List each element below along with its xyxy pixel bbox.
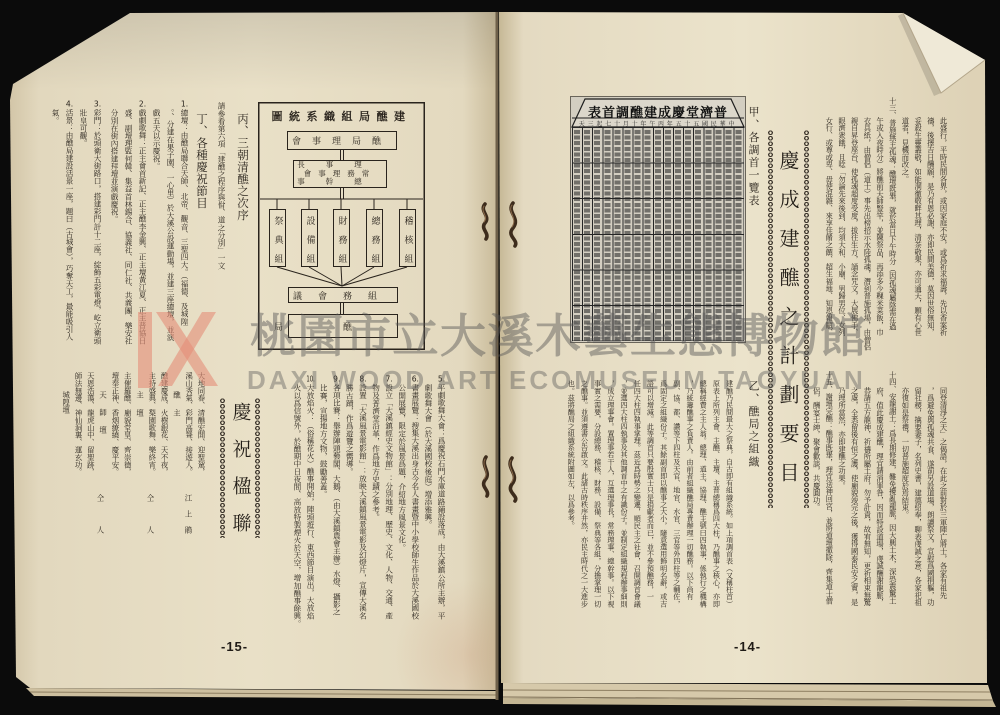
item-number: 4. (65, 100, 74, 108)
org-node-council: 醮局理事會 (287, 131, 397, 150)
org-chart-title: 建醮局組織系統圖 (258, 108, 425, 124)
list-item-9: 9.各項比賽：舉辦陣頭藝閣、大鵝、（由大溪鎮農會主辦）水燈、攝影之 (330, 375, 343, 627)
text-line: 分別在街內搭建拜壇並演戲慶祝。 (107, 100, 121, 345)
section-heading-jia: 甲、各調首一覽表 (746, 106, 760, 207)
org-node-group: 設備組 (301, 209, 318, 267)
text-line: ，成立理事會。置理事若干人，互選理事長，常務理事、總幹事。以下視 (605, 380, 618, 607)
text-line: 設置「大溪風景電影館」：放映大溪鎮風景電影及幻燈片，宣傳大溪名 (358, 384, 367, 620)
text-line: 也。茲將醮局之組織系統附圖如左，以爲參考。 (565, 380, 578, 607)
text-line: 總稱經費之主人翁。總理、道主、協理、醮主號曰四執事，係執行之機構 (697, 380, 710, 607)
text-line: 留社稷，擒要妻子，名列史書，建德紹奉，聊表虔誠之意，各家祀祖 (911, 371, 924, 606)
headmen-table-image: 普濟堂慶成建醮調首表 中華民國五十五年丙午年十月十七起三天 (571, 97, 745, 342)
org-node-label: 醮局理事會 (292, 134, 392, 147)
text-line: 任四大柱四執事掌理。茲近爲時勢之變遷，順民主之社會，召開調首會議 (631, 380, 644, 607)
text-line: 火以爲信號外，於醮期中日夜間、高放特製煙火於天空，增加醮事餘興。 (291, 375, 304, 627)
org-node-officers: 理事長 常務理事會 總幹事 (293, 160, 387, 188)
text-line: 侶，酬宴士紳，聚會歡談，共慶圓功。 (810, 371, 823, 606)
text-line: 壯皇可觀。 (76, 100, 90, 345)
item-number: 1. (180, 100, 189, 108)
left-middle-text-block: 5.平劇歌舞大會：爲慶祝石門水庫道路鋪設落成，由大溪鎮公所主辦，平 劇歌舞大會（… (291, 375, 448, 627)
org-node-meeting: 組務會議 (288, 287, 398, 303)
text-line: 普施無主孤魂：醮壇既畢，就於當日下午時分（因孤魂屬陰需在過 (889, 119, 898, 331)
text-line: 總壇：由醮局聯合天師、北帝、觀音、三聖四大。（福德、及城隍 (180, 109, 189, 326)
section-yi-text-block: 建醮乃民間最大之祭典，自古即有組織系統。如上項調首表（又稱柱首） 原表上所列主會… (565, 380, 736, 607)
text-line: 大放焰火：（俗稱花火）醮事開始，陣頭遊行、東西節目演出，大放焰 (306, 384, 315, 620)
section-heading-bing: 丙、三朝清醮之次序 (235, 100, 251, 345)
text-line: 乃理所當然，亦即建醮之功果。 (835, 371, 848, 606)
museum-logo-icon (136, 308, 220, 392)
text-line: 亦復如是祭禮，一切普施超度於焉結束。 (899, 371, 912, 606)
decorative-border-left (219, 398, 226, 538)
list-item-5: 5.平劇歌舞大會：爲慶祝石門水庫道路鋪設落成，由大溪鎮公所主辦，平 (435, 375, 448, 627)
booklet-spread-photo: 丙、三朝清醮之次序 請參看第六項「建醮之程序與佾、道之分別」一文 丁、各種慶祝節… (0, 0, 1000, 715)
watermark-text-en: DAXI WOOD ART ECOMUSEUM TAOYUAN (247, 364, 866, 396)
right-page-edge-layers (503, 683, 996, 707)
text-line: 府，值此慶成建醮，理宜請消罪咎，因而特設道場，虔誠酬謝龍脈， (873, 371, 886, 606)
text-line: 比賽，宣揚地方文物，鼓勵善蓋。 (317, 375, 330, 627)
text-line: 盛、副壇理監何韓、集益首林錫合、協義社、同仁社、共義團、樂安社 (121, 100, 135, 345)
item-number: 2. (138, 100, 147, 108)
list-item-14: 十四、安龍謝土：爲長期修建，難免擾亂龍脈，因大興土木，深恐震驚土 (886, 371, 899, 606)
text-line: 平劇歌舞大會：爲慶祝石門水庫道路鋪設落成，由大溪鎮公所主辦，平 (437, 384, 446, 620)
text-line: 原表上所列主會、主醮、主壇、主普總稱爲四大柱，乃醮事之核心，亦即 (710, 380, 723, 607)
page-number-left: -15- (221, 639, 248, 654)
item-number: 十四、 (889, 371, 898, 393)
text-line: 謝壇完醮：醮事既畢，理宜送神回宮，並將道壇撤除，齊集道士僧 (825, 393, 834, 605)
text-line: 活景：由醮局建設活景一座，題曰（古城會），巧奪天工，最能吸引人 (65, 109, 74, 341)
org-node-group: 財務組 (333, 209, 350, 267)
watermark-text-zh: 桃園市立大溪木藝生態博物館 (250, 308, 868, 364)
list-item-4: 4.活景：由醮局建設活景一座，題曰（古城會），巧奪天工，最能吸引人 (62, 100, 76, 345)
top-shading (10, 12, 497, 100)
couplet-author: 江上鵑 (182, 494, 194, 542)
text-line: 之醮事。並須遵書公告啟文。此諸古時秩序井然，亦民主時代之一大進步 (578, 380, 591, 607)
text-line: 妥殺生靈叢敬，如能洞徹敬畔其理，清茶敬果，亦可通天，願有心世 (911, 97, 924, 351)
text-line: 事實之需要，分設總務、稽核、財務、設備、祭典等各組，分擔掌理一切 (592, 380, 605, 607)
list-item-7: 7.設立「大溪鎮經史文物館」：分別地理、歷史、文化、人物、交通、產 (383, 375, 396, 627)
couplet-author: 仝人 (144, 494, 156, 558)
text-line: 語可以增減。此等調首只要殷實士只是捐獻者而已，並不參預醮務，一 (644, 380, 657, 607)
text-line: 安龍謝土：爲長期修建，難免擾亂龍脈，因大興土木，深恐震驚土 (889, 393, 898, 605)
text-line: 物及普濟堂沿革，作爲地方史蹟之參考。 (369, 375, 382, 627)
text-line: 書畫展覽：搜集大溪出身古今名人書畫暨中小學校師生作品於大溪國校 (411, 384, 420, 620)
text-line: 副、協、都、讚等下四柱及天官、地官、水官、三官等外四柱等之輔佐， (671, 380, 684, 607)
list-item-10: 10.大放焰火：（俗稱花火）醮事開始，陣頭遊行、東西節目演出，大放焰 (304, 375, 317, 627)
couplet-label: 天師壇 (96, 372, 108, 476)
right-bottom-text-block: 同登清淨之天」之偈語，在此之前對於三軍陣亡將士，各家有祖先 ，爲避免與孤魂共食、… (810, 371, 950, 606)
text-line: 道者，見機而改之。 (899, 97, 912, 351)
list-item-6: 6.書畫展覽：搜集大溪出身古今名人書畫暨中小學校師生作品於大溪國校 (409, 375, 422, 627)
list-item-8: 8.設置「大溪風景電影館」：放映大溪鎮風景電影及幻燈片，宣傳大溪名 (356, 375, 369, 627)
text-line: 午或入夜時分）將醮前天師豎竿，並陳祭品，再添多少粿米菜飯，巾 (873, 97, 886, 351)
org-node-group: 總務組 (366, 209, 383, 267)
couplet-line: 師法無邊、神仙洞裏、運玄功。 (72, 372, 84, 476)
text-line: 彩門：於頭衛大街路口，搭建彩門計十二座，綻飾五彩電燈，屹立衛頭 (93, 109, 102, 345)
couplet-author: 仝人 (94, 494, 106, 558)
item-number: 十三、 (889, 97, 898, 119)
org-node-label: 組務會議 (293, 289, 393, 302)
org-officer-label: 總幹事 (297, 178, 383, 187)
couplet-label: 城隍壇 (59, 372, 71, 476)
text-line: ，乃統籌醮事之負責人。由前者組織醮局專責辦理一切醮務。以下尚有 (684, 380, 697, 607)
text-line: 之虞，全悉留後有恒之護，使廟貌竣完之後，獲得國泰民安之實，是 (848, 371, 861, 606)
text-line: 建醮乃民間最大之祭典，自古即有組織系統。如上項調首表（又稱柱首） (723, 380, 736, 607)
decorative-border-right (254, 398, 261, 538)
page-number-right: -14- (734, 639, 761, 654)
couplet-line: 天恩浩蕩、龍虎山中、留聖跡， (84, 372, 96, 476)
list-item-3: 3.彩門：於頭衛大街路口，搭建彩門計十二座，綻飾五彩電燈，屹立衛頭 (90, 100, 104, 345)
text-line: 公開展覽，限定於風景爲題，介紹地方風景文化。 (396, 375, 409, 627)
text-line: 同登清淨之天」之偈語，在此之前對於三軍陣亡將士，各家有祖先 (937, 371, 950, 606)
text-line: 氣。 (48, 100, 62, 345)
org-node-group: 祭典組 (269, 209, 286, 267)
text-line: 恭請五方龍神，祈禱所屬土府，勿予計責，故宥無知，更祈相束無驚 (861, 371, 874, 606)
text-line: 各項比賽：舉辦陣頭藝閣、大鵝、（由大溪鎮農會主辦）水燈、攝影之 (332, 384, 341, 616)
text-line: 勝古蹟，作爲遊覽之嚮導。 (343, 375, 356, 627)
text-line: 劇歌舞大會（於大溪國校後庭）增添雅興。 (422, 375, 435, 627)
text-line: ，爲避免與孤魂共食、遂前另設道場，朗讀祭文，宣慰爲國捐軀，功 (924, 371, 937, 606)
couplet-line: 主催羅醮、廟貌堂皇、齊崇德， (121, 372, 133, 476)
list-item-15: 十五、謝壇完醮：醮事既畢，理宜送神回宮，並將道壇撤除，齊集道士僧 (823, 371, 836, 606)
org-node-group: 稽核組 (399, 209, 416, 267)
text-line: 設立「大溪鎮經史文物館」：分別地理、歷史、文化、人物、交通、產 (385, 384, 394, 620)
couplets-title: 慶祝楹聯 (231, 402, 250, 550)
text-line: 此盛行，平時民間各界，或因家庭不安，或爲祈求福壽，先以香案祈 (937, 97, 950, 351)
text-line: ，並選四大柱四執事及其他調首中之有識份子。並制定組織規程辦事細則 (618, 380, 631, 607)
text-line: 爲固定之組織份子。其餘副首即以醮事之大小，隨意選用飾明名辭，或吉 (657, 380, 670, 607)
item-number: 3. (93, 100, 102, 108)
couplet-line: 壇奉正神、香烟繚繞、慶平安。 (109, 372, 121, 476)
text-line: 禱，後擇吉日酬願，是乃有恩必謝，亦即民間美德，莫因世俗無知， (924, 97, 937, 351)
list-item-13: 十三、普施無主孤魂：醮壇既畢，就於當日下午時分（因孤魂屬陰需在過 (886, 97, 899, 351)
